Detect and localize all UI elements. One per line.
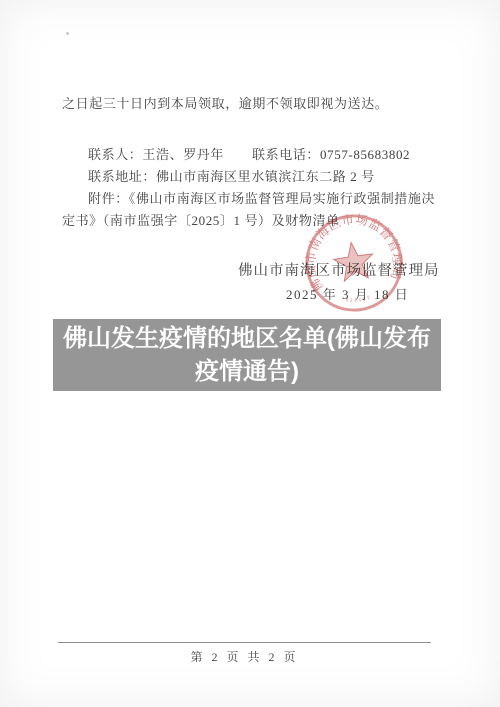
contact-phone: 联系电话：0757-85683802 [252, 147, 410, 162]
contact-person: 联系人：王浩、罗丹年 [88, 147, 224, 162]
overlay-title-text: 佛山发生疫情的地区名单(佛山发布疫情通告) [59, 322, 435, 388]
scanned-document-page: 之日起三十日内到本局领取，逾期不领取即视为送达。 联系人：王浩、罗丹年联系电话：… [0, 0, 500, 707]
contact-line: 联系人：王浩、罗丹年联系电话：0757-85683802 [88, 144, 410, 163]
contact-address-line: 联系地址：佛山市南海区里水镇滨江东二路 2 号 [88, 166, 375, 185]
attachment-line-1: 附件：《佛山市南海区市场监督管理局实施行政强制措施决 [88, 188, 435, 207]
attachment-line-2: 定书》（南市监强字〔2025〕1 号）及财物清单 [62, 210, 340, 229]
body-continuation-line: 之日起三十日内到本局领取，逾期不领取即视为送达。 [62, 93, 388, 112]
issue-date: 2025 年 3 月 18 日 [286, 284, 409, 303]
footer-divider-line [58, 642, 431, 643]
scan-artifact-dot [66, 32, 69, 35]
overlay-title-banner: 佛山发生疫情的地区名单(佛山发布疫情通告) [53, 319, 441, 391]
page-number-indicator: 第 2 页 共 2 页 [58, 648, 431, 665]
issuing-authority: 佛山市南海区市场监督管理局 [238, 259, 440, 280]
